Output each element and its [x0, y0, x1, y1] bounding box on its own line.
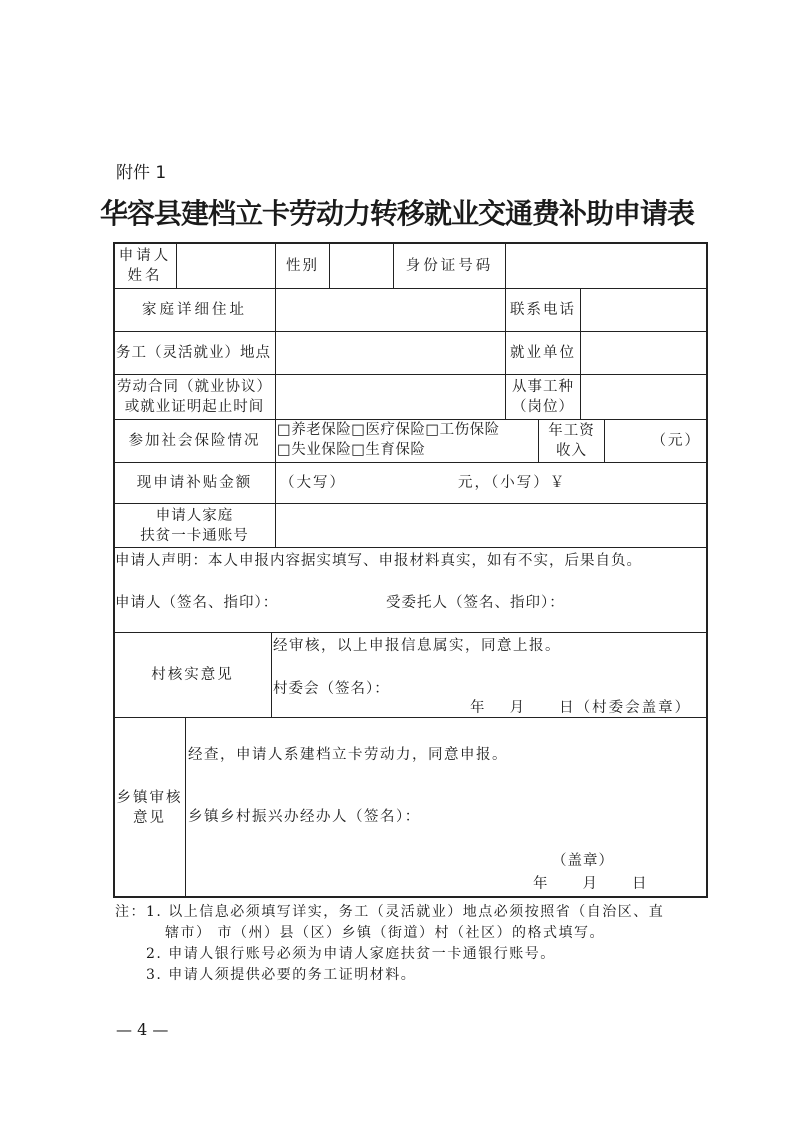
name-label-line1: 申请人: [119, 246, 172, 266]
annual-wage-label-line2: 收入: [556, 441, 587, 461]
social-insurance-label: 参加社会保险情况: [113, 419, 276, 463]
amount-lowercase-label: 元，（小写）￥: [458, 473, 566, 493]
subsidy-amount-field[interactable]: （大写） 元，（小写）￥: [275, 462, 708, 504]
job-type-field[interactable]: [580, 374, 708, 420]
attachment-label: 附件 1: [116, 158, 166, 183]
applicant-signature[interactable]: 申请人（签名、指印）：: [115, 591, 278, 612]
insurance-options-line2[interactable]: □失业保险□生育保险: [277, 440, 425, 460]
employer-label: 就业单位: [505, 331, 581, 375]
declaration-text: 申请人声明：本人申报内容据实填写、申报材料真实，如有不实，后果自负。: [115, 549, 642, 570]
notes-prefix: 注：: [115, 901, 146, 921]
employer-field[interactable]: [580, 331, 708, 375]
township-officer-signature[interactable]: 乡镇乡村振兴办经办人（签名）：: [188, 805, 421, 826]
township-date: 年 月 日: [533, 872, 649, 893]
phone-label: 联系电话: [505, 288, 581, 332]
job-type-label-line2: （岗位）: [512, 397, 574, 417]
township-opinion: 经查，申请人系建档立卡劳动力，同意申报。: [188, 743, 508, 764]
annual-wage-label: 年工资 收入: [538, 419, 605, 463]
annual-wage-field[interactable]: （元）: [604, 419, 708, 463]
bank-account-field[interactable]: [275, 503, 708, 548]
work-location-label: 务工（灵活就业）地点: [113, 331, 276, 375]
bank-account-label: 申请人家庭 扶贫一卡通账号: [113, 503, 276, 548]
id-number-label: 身份证号码: [393, 242, 506, 289]
note-item-1-line1: 1. 以上信息必须填写详实，务工（灵活就业）地点必须按照省（自治区、直: [146, 901, 664, 921]
name-field[interactable]: [176, 242, 276, 289]
village-committee-signature[interactable]: 村委会（签名）：: [273, 677, 390, 698]
note-item-3: 3. 申请人须提供必要的务工证明材料。: [146, 964, 416, 984]
job-type-label-line1: 从事工种: [512, 377, 574, 397]
social-insurance-options[interactable]: □养老保险□医疗保险□工伤保险 □失业保险□生育保险: [275, 419, 539, 463]
township-label-line2: 意见: [133, 808, 166, 828]
annual-wage-label-line1: 年工资: [548, 421, 595, 441]
township-review-label: 乡镇审核 意见: [113, 717, 186, 898]
gender-field[interactable]: [329, 242, 394, 289]
bank-account-label-line2: 扶贫一卡通账号: [140, 526, 249, 546]
work-location-field[interactable]: [275, 331, 506, 375]
phone-field[interactable]: [580, 288, 708, 332]
bank-account-label-line1: 申请人家庭: [156, 506, 234, 526]
township-label-line1: 乡镇审核: [117, 788, 183, 808]
township-seal: （盖章）: [552, 849, 614, 870]
form-title: 华容县建档立卡劳动力转移就业交通费补助申请表: [0, 192, 794, 232]
home-address-field[interactable]: [275, 288, 506, 332]
insurance-options-line1[interactable]: □养老保险□医疗保险□工伤保险: [277, 420, 500, 440]
job-type-label: 从事工种 （岗位）: [505, 374, 581, 420]
note-item-1-line2: 辖市） 市（州）县（区）乡镇（街道）村（社区）的格式填写。: [165, 922, 605, 942]
amount-uppercase-label: （大写）: [280, 473, 346, 493]
note-item-2: 2. 申请人银行账号必须为申请人家庭扶贫一卡通银行账号。: [146, 943, 556, 963]
village-review-label: 村核实意见: [113, 632, 272, 718]
contract-period-field[interactable]: [275, 374, 506, 420]
page-number: — 4 —: [116, 1020, 168, 1039]
agent-signature[interactable]: 受委托人（签名、指印）：: [386, 591, 565, 612]
village-date-seal: 年 月 日（村委会盖章）: [470, 696, 691, 717]
name-label-line2: 姓名: [128, 266, 163, 286]
name-label: 申请人 姓名: [113, 242, 177, 289]
contract-label-line2: 或就业证明起止时间: [125, 397, 265, 417]
subsidy-amount-label: 现申请补贴金额: [113, 462, 276, 504]
annual-wage-unit: （元）: [652, 431, 702, 451]
village-opinion: 经审核，以上申报信息属实，同意上报。: [273, 634, 561, 655]
contract-label-line1: 劳动合同（就业协议）: [117, 377, 272, 397]
contract-period-label: 劳动合同（就业协议） 或就业证明起止时间: [113, 374, 276, 420]
id-number-field[interactable]: [505, 242, 708, 289]
gender-label: 性别: [275, 242, 330, 289]
home-address-label: 家庭详细住址: [113, 288, 276, 332]
